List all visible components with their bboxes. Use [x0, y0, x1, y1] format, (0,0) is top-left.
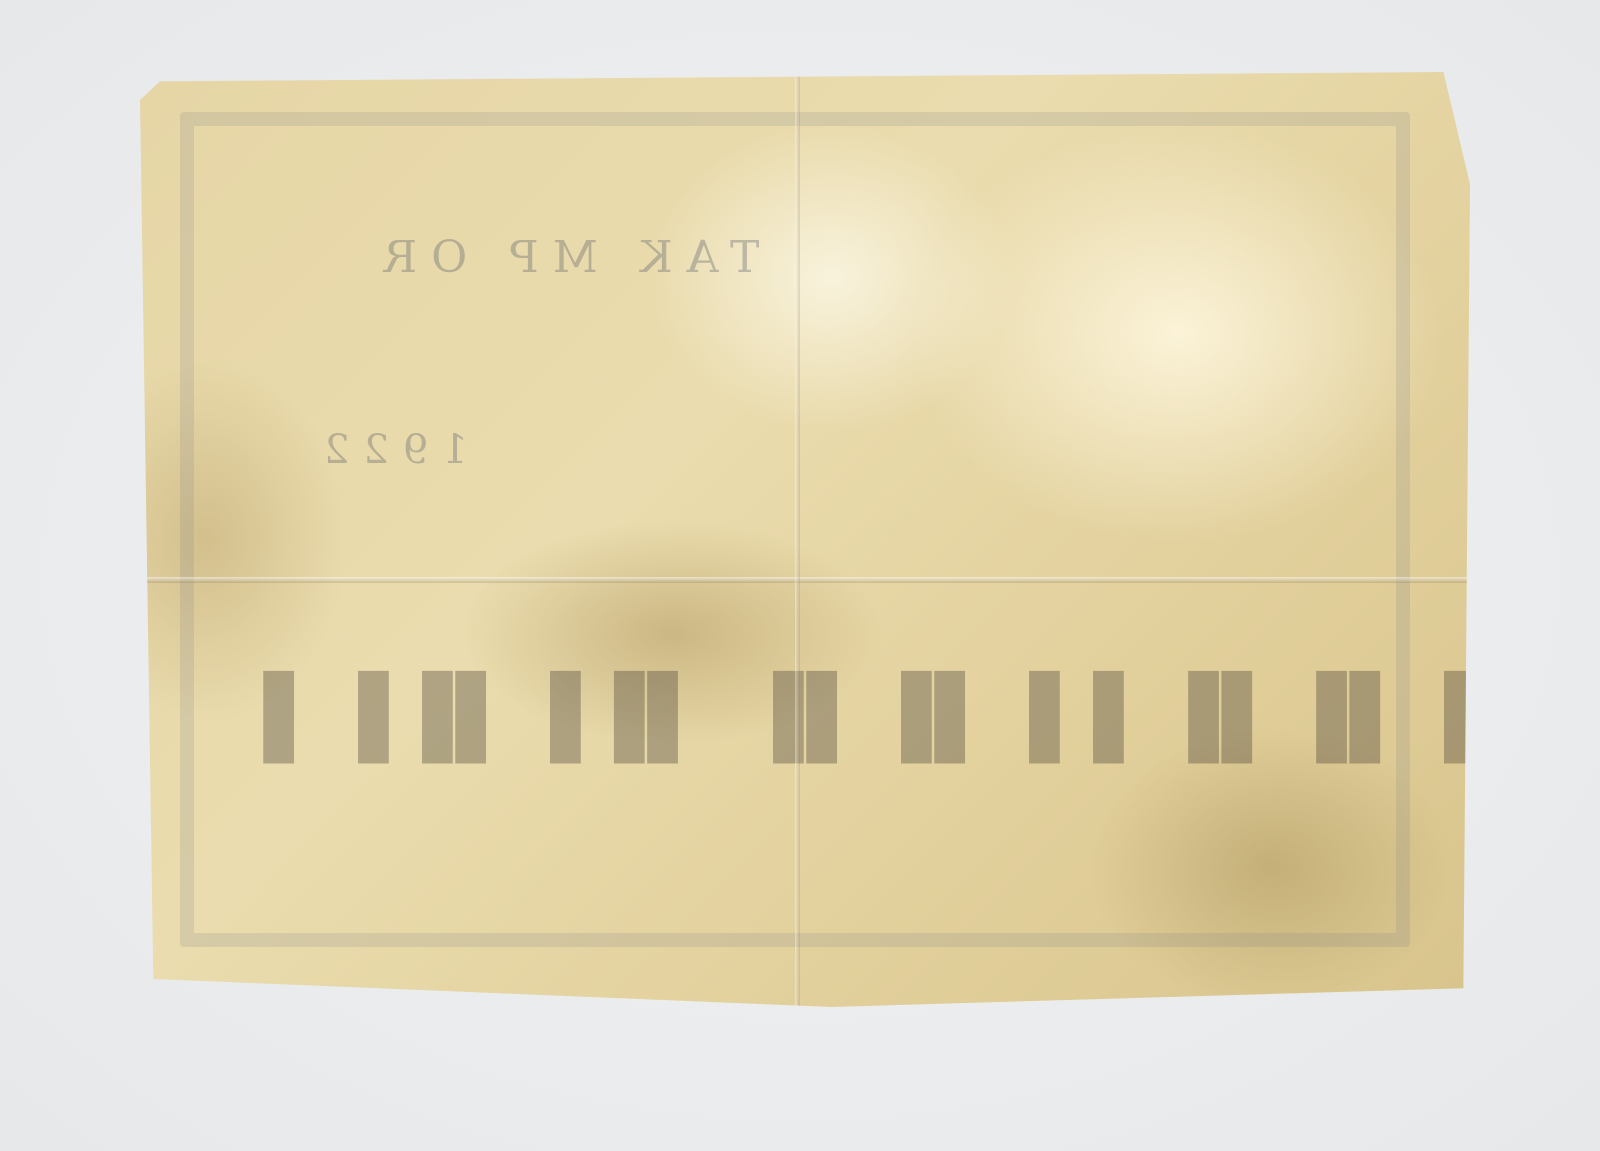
bleed-through-text-top: TAK MP OR — [370, 232, 759, 283]
aged-paper-document: TAK MP OR 1922 ▌▌▐▌▐▌ ▌▌▐▌▐▌ ▐▌▌▐▌▌▐ — [140, 72, 1470, 1007]
bleed-through-text-large: ▌▌▐▌▐▌ ▌▌▐▌▐▌ ▐▌▌▐▌▌▐ — [260, 672, 1538, 763]
bleed-through-text-middle: 1922 — [310, 427, 468, 473]
horizontal-fold-crease — [140, 577, 1470, 583]
vertical-fold-crease — [795, 72, 800, 1007]
